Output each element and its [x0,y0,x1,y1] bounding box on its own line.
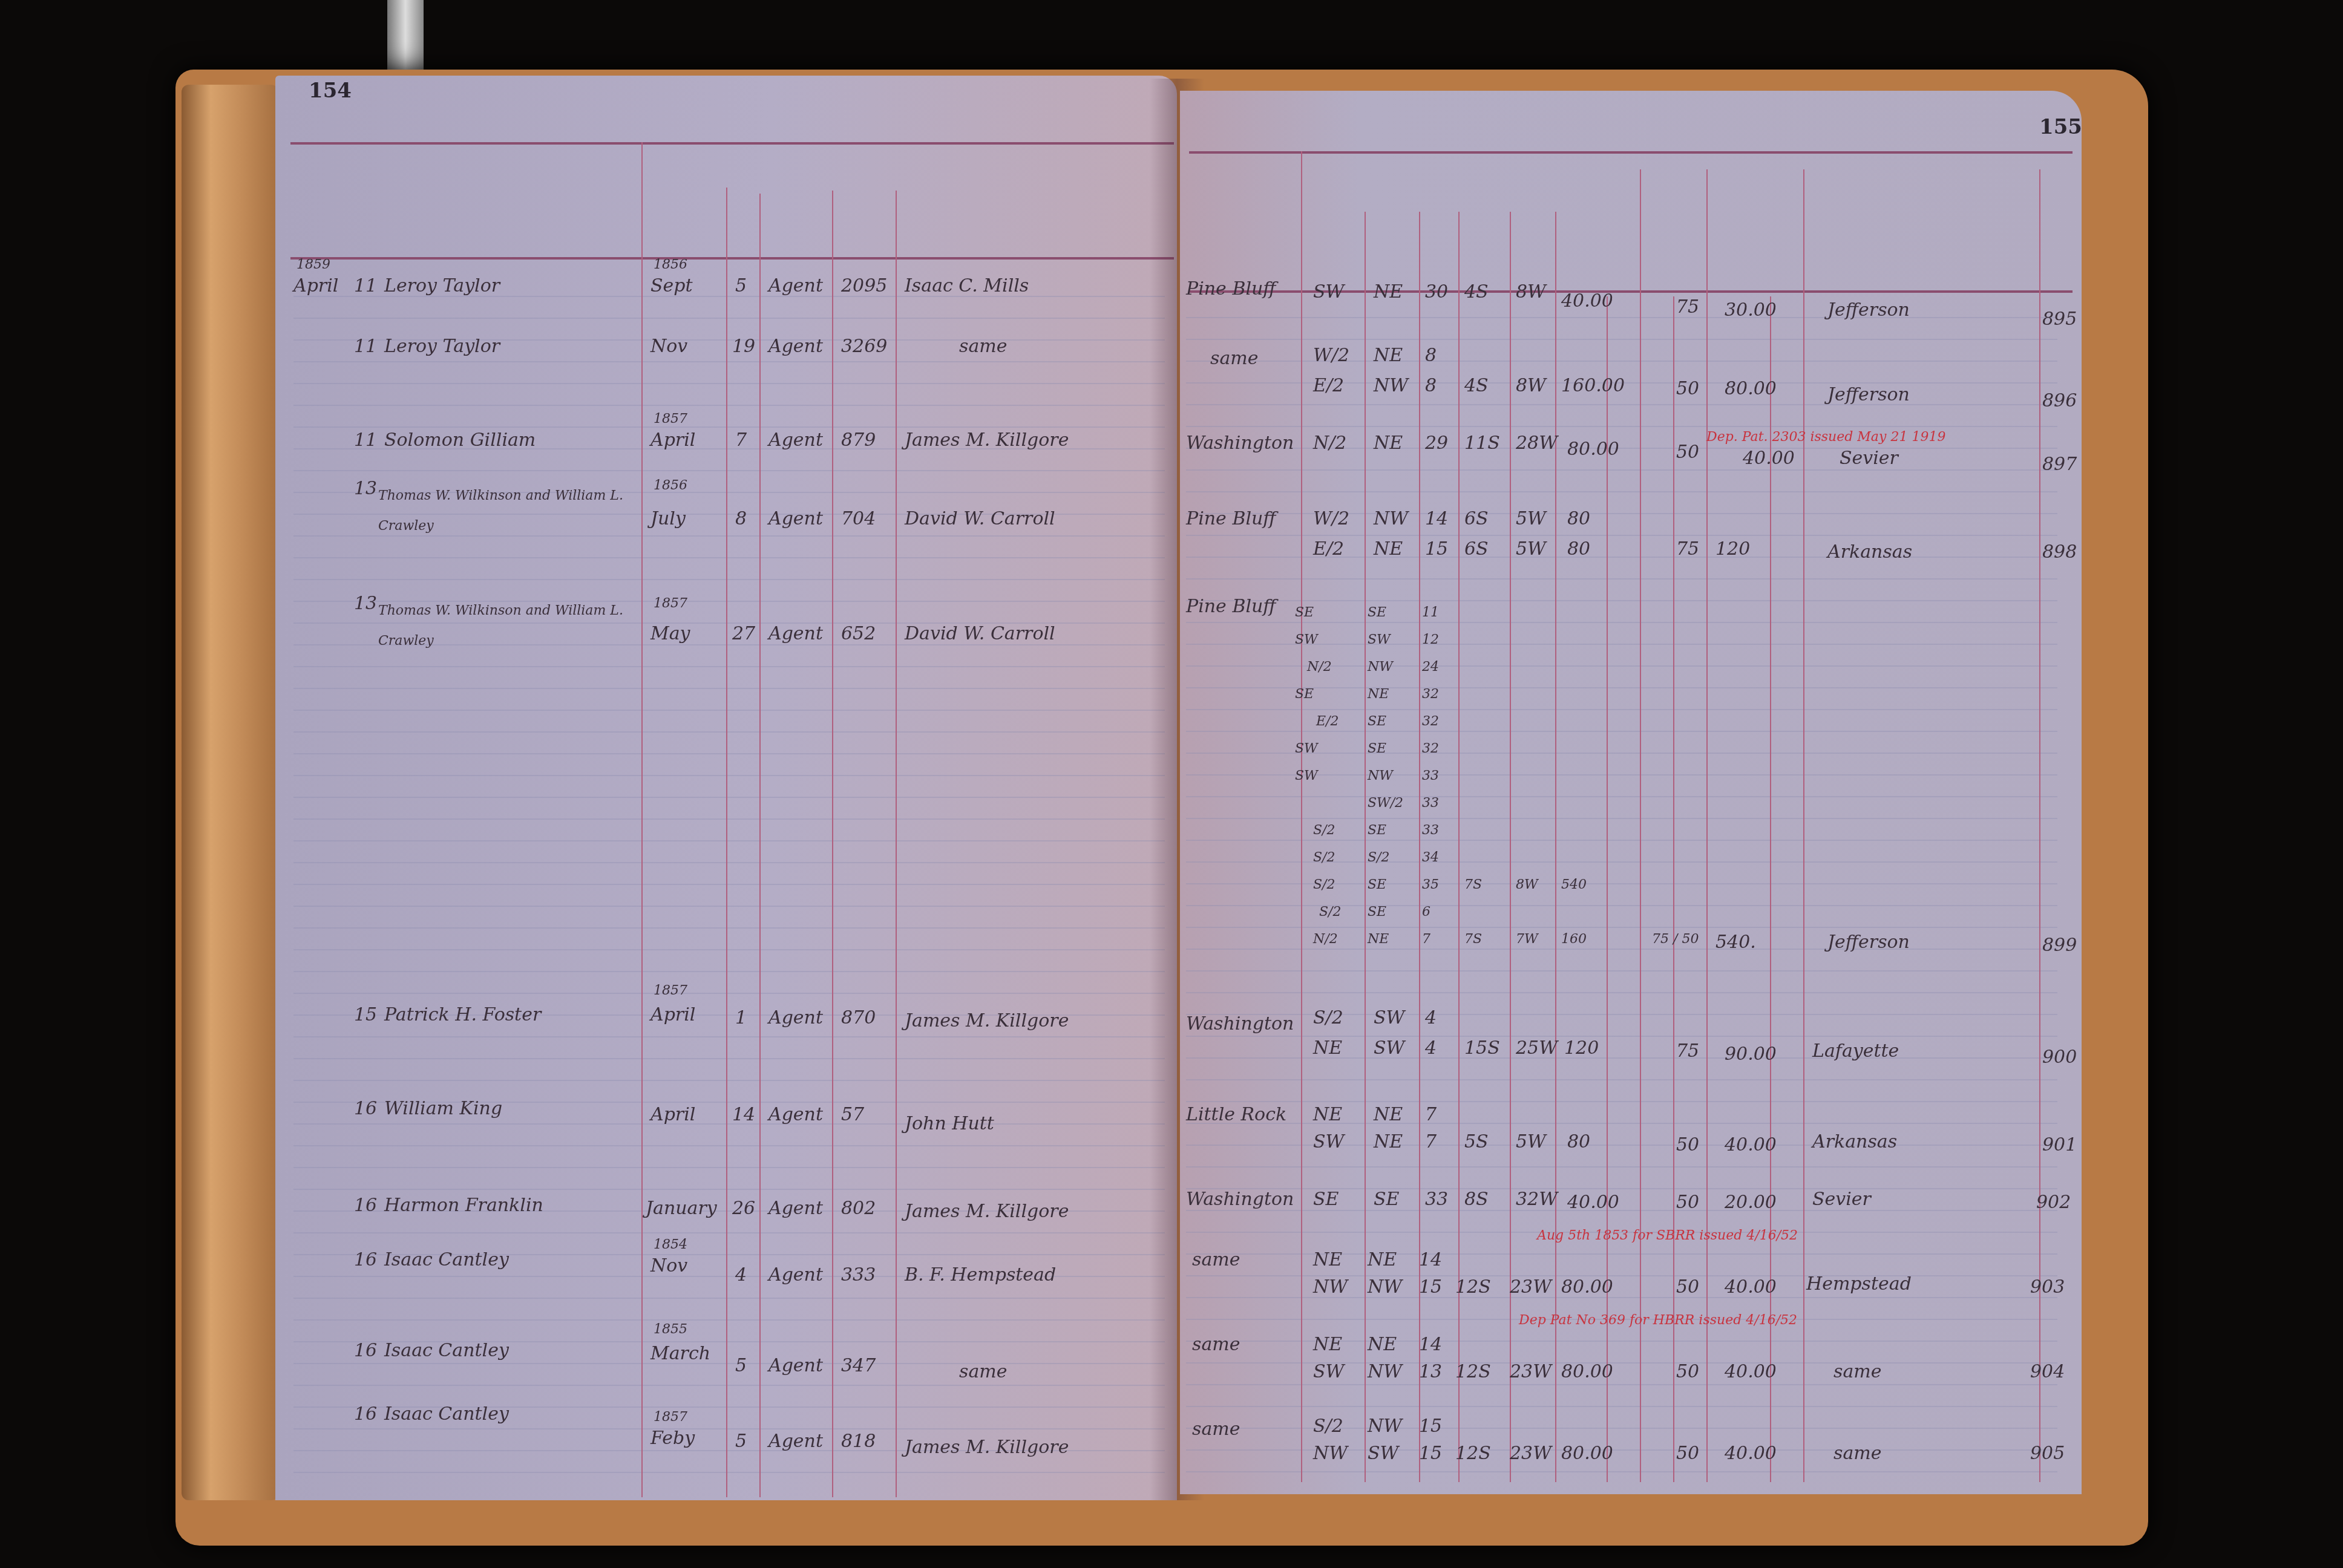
range: 8W [1516,877,1538,892]
col-divider [1301,151,1302,1482]
rate: 50 [1676,1443,1699,1464]
rate: 50 [1676,1276,1699,1298]
county: Jefferson [1827,384,1910,405]
assignor: James M. Killgore [905,430,1069,451]
cert-month: July [650,508,686,529]
range: 23W [1510,1443,1552,1464]
amount: 20.00 [1725,1192,1777,1213]
office: Agent [768,1104,823,1125]
col-divider [759,194,761,1497]
range: 23W [1510,1361,1552,1382]
assignor: James M. Killgore [905,1437,1069,1458]
entry-day: 16 [354,1249,377,1270]
section: 7 [1425,1104,1437,1125]
cert-number: 3269 [841,336,887,357]
entry-number: 904 [2030,1361,2065,1382]
county: same [1833,1361,1881,1382]
section: 24 [1422,659,1439,675]
tract-part: SW [1313,1361,1344,1382]
entry-name: Leroy Taylor [384,275,500,296]
right-page: 155 Pine Bluff SW NE 30 4S 8W 40.00 75 3… [1180,91,2082,1494]
cert-month: March [650,1343,710,1364]
cert-number: 333 [841,1264,876,1285]
section: 30 [1425,281,1448,302]
tract-part: N/2 [1313,932,1338,947]
year-note: 1859 [297,257,330,272]
tract-quarter: SE [1368,823,1386,838]
section: 34 [1422,850,1439,865]
office: Agent [768,508,823,529]
entry-day: 11 [354,336,377,357]
cert-number: 704 [841,508,876,529]
entry-day: 16 [354,1340,377,1361]
page-number-right: 155 [2039,115,2082,139]
tract-quarter: NW [1368,768,1393,783]
rate: 50 [1676,442,1699,463]
cert-month: Sept [650,275,693,296]
tract-part: E/2 [1316,714,1339,729]
section: 14 [1425,508,1448,529]
assignor: same [959,336,1007,357]
cert-year: 1854 [654,1237,687,1252]
section: 15 [1425,538,1448,560]
range: 5W [1516,1131,1546,1152]
tract-part: SW [1295,741,1318,756]
acres: 80.00 [1561,1361,1613,1382]
cert-number: 2095 [841,275,887,296]
range: 25W [1516,1037,1558,1059]
office: Agent [768,275,823,296]
land-office: same [1192,1249,1240,1270]
acres: 80.00 [1561,1443,1613,1464]
cert-month: April [650,1104,695,1125]
section: 33 [1422,823,1439,838]
office: Agent [768,1198,823,1219]
section: 35 [1422,877,1439,892]
tract-part: S/2 [1313,1007,1343,1028]
col-divider [832,191,833,1497]
section: 33 [1425,1189,1448,1210]
header-rule-top [290,142,1174,145]
rate: 50 [1676,1361,1699,1382]
tract-quarter: NE [1374,345,1403,366]
cert-month: January [646,1198,717,1219]
section: 32 [1422,687,1439,702]
tract-quarter: NE [1374,538,1403,560]
township: 6S [1464,538,1489,560]
cert-year: 1857 [654,983,687,998]
section: 15 [1419,1416,1442,1437]
section: 33 [1422,795,1439,811]
rate: 50 [1676,1134,1699,1155]
township: 12S [1455,1443,1491,1464]
tract-quarter: SW [1368,632,1391,647]
tract-quarter: NE [1368,1249,1397,1270]
entry-name: Solomon Gilliam [384,430,536,451]
col-divider [1673,296,1674,1482]
cert-day: 5 [735,1355,747,1376]
red-annotation: Aug 5th 1853 for SBRR issued 4/16/52 [1537,1228,1798,1243]
office: Agent [768,336,823,357]
tract-quarter: NE [1368,932,1389,947]
county: Sevier [1812,1189,1871,1210]
section: 15 [1419,1276,1442,1298]
acres: 80.00 [1567,439,1619,460]
acres: 160 [1561,932,1587,947]
cert-day: 7 [735,430,747,451]
tract-quarter: NW [1374,375,1408,396]
township: 12S [1455,1276,1491,1298]
acres: 80.00 [1561,1276,1613,1298]
township: 8S [1464,1189,1489,1210]
rate: 75 / 50 [1652,932,1699,947]
land-office: same [1210,348,1258,369]
acres: 80 [1567,538,1590,560]
range: 5W [1516,538,1546,560]
amount: 120 [1715,538,1750,560]
cert-year: 1857 [654,1410,687,1425]
tract-quarter: SE [1368,714,1386,729]
rate: 50 [1676,1192,1699,1213]
cert-day: 8 [735,508,747,529]
acres: 160.00 [1561,375,1625,396]
tract-part: SE [1295,605,1314,620]
cert-year: 1857 [654,596,687,611]
header-rule-bottom [290,257,1174,260]
land-office: same [1192,1334,1240,1355]
office: Agent [768,430,823,451]
tract-quarter: NE [1374,433,1403,454]
tract-part: NE [1313,1334,1342,1355]
section: 14 [1419,1249,1442,1270]
township: 5S [1464,1131,1489,1152]
rate: 75 [1676,296,1699,318]
tract-part: S/2 [1313,850,1335,865]
township: 6S [1464,508,1489,529]
ruled-lines [293,275,1165,1485]
col-divider [726,188,727,1497]
land-office: Washington [1186,1189,1294,1210]
col-divider [896,191,897,1497]
entry-number: 897 [2042,454,2077,475]
cert-number: 818 [841,1431,876,1452]
section: 8 [1425,375,1437,396]
cert-day: 4 [735,1264,747,1285]
red-annotation: Dep Pat No 369 for HBRR issued 4/16/52 [1519,1313,1797,1328]
assignor: John Hutt [905,1113,994,1134]
land-office: same [1192,1419,1240,1440]
tract-part: W/2 [1313,345,1349,366]
tract-quarter: NE [1368,687,1389,702]
entry-name: Thomas W. Wilkinson and William L. Crawl… [378,481,632,541]
acres: 40.00 [1567,1192,1619,1213]
section: 12 [1422,632,1439,647]
county: Jefferson [1827,932,1910,953]
land-office: Pine Bluff [1186,278,1276,299]
tract-part: SW [1313,1131,1344,1152]
tract-quarter: SE [1368,877,1386,892]
amount: 540. [1715,932,1756,953]
tract-quarter: SW/2 [1368,795,1403,811]
entry-name: Isaac Cantley [384,1249,509,1270]
amount: 40.00 [1743,448,1795,469]
cert-day: 27 [732,623,755,644]
col-divider [641,142,643,1497]
amount: 40.00 [1725,1443,1777,1464]
cert-day: 14 [732,1104,755,1125]
col-divider [1706,169,1708,1482]
section: 11 [1422,605,1439,620]
cert-month: Nov [650,1255,687,1276]
tract-part: SE [1313,1189,1339,1210]
tract-quarter: NE [1374,281,1403,302]
cert-number: 870 [841,1007,876,1028]
cert-day: 5 [735,1431,747,1452]
county: Hempstead [1806,1273,1912,1295]
cert-year: 1855 [654,1322,687,1337]
section: 6 [1422,904,1430,920]
tract-part: NE [1313,1104,1342,1125]
section: 13 [1419,1361,1442,1382]
tract-quarter: SW [1374,1037,1404,1059]
cert-month: April [650,430,695,451]
tract-quarter: S/2 [1368,850,1389,865]
entry-number: 901 [2042,1134,2077,1155]
cert-day: 1 [735,1007,747,1028]
entry-number: 905 [2030,1443,2065,1464]
land-office: Little Rock [1186,1104,1286,1125]
range: 8W [1516,281,1546,302]
tract-part: S/2 [1313,877,1335,892]
tract-quarter: NE [1374,1104,1403,1125]
county: Arkansas [1827,541,1912,563]
entry-number: 900 [2042,1047,2077,1068]
range: 32W [1516,1189,1558,1210]
header-rule-top [1189,151,2073,154]
entry-number: 903 [2030,1276,2065,1298]
rate: 75 [1676,1040,1699,1062]
tract-part: NW [1313,1443,1348,1464]
entry-name: Isaac Cantley [384,1403,509,1425]
acres: 120 [1564,1037,1599,1059]
tract-part: NW [1313,1276,1348,1298]
cert-month: Feby [650,1428,695,1449]
tract-quarter: NW [1368,659,1393,675]
tract-part: N/2 [1313,433,1346,454]
tract-part: SE [1295,687,1314,702]
tract-quarter: SE [1368,741,1386,756]
assignor: James M. Killgore [905,1201,1069,1222]
cert-year: 1856 [654,257,687,272]
entry-day: 11 [354,275,377,296]
entry-day: 13 [354,478,377,499]
entry-day: 11 [354,430,377,451]
township: 11S [1464,433,1500,454]
land-office: Washington [1186,433,1294,454]
amount: 30.00 [1725,299,1777,321]
entry-day: 15 [354,1004,377,1025]
tract-part: SW [1295,632,1318,647]
red-annotation: Dep. Pat. 2303 issued May 21 1919 [1706,430,1945,445]
tract-part: S/2 [1319,904,1341,920]
col-divider [1640,169,1641,1482]
section: 32 [1422,741,1439,756]
col-divider [1770,296,1771,1482]
township: 15S [1464,1037,1500,1059]
tract-part: NE [1313,1249,1342,1270]
county: Lafayette [1812,1040,1899,1062]
entry-name: Thomas W. Wilkinson and William L. Crawl… [378,596,632,656]
section: 4 [1425,1037,1437,1059]
cert-month: Nov [650,336,687,357]
tract-quarter: NE [1368,1334,1397,1355]
amount: 40.00 [1725,1276,1777,1298]
page-edges [182,85,278,1500]
office: Agent [768,1355,823,1376]
col-divider [1365,212,1366,1482]
tract-part: SW [1295,768,1318,783]
township: 4S [1464,281,1489,302]
amount: 90.00 [1725,1044,1777,1065]
acres: 540 [1561,877,1587,892]
page-number-left: 154 [309,79,352,103]
township: 12S [1455,1361,1491,1382]
cert-number: 57 [841,1104,864,1125]
acres: 80 [1567,1131,1590,1152]
entry-day: 13 [354,593,377,614]
cert-month: May [650,623,690,644]
tract-quarter: NE [1374,1131,1403,1152]
assignor: Isaac C. Mills [905,275,1029,296]
entry-day: 16 [354,1098,377,1119]
county: same [1833,1443,1881,1464]
tract-part: S/2 [1313,823,1335,838]
range: 5W [1516,508,1546,529]
cert-year: 1857 [654,411,687,426]
col-divider [1607,296,1608,1482]
range: 7W [1516,932,1538,947]
township: 7S [1464,932,1482,947]
left-page: 154 1859 April 11 Leroy Taylor 1856 Sept… [275,76,1177,1500]
land-office: Washington [1186,1013,1294,1034]
tract-quarter: SW [1374,1007,1404,1028]
section: 15 [1419,1443,1442,1464]
tract-quarter: SE [1368,904,1386,920]
county: Arkansas [1812,1131,1897,1152]
tract-quarter: NW [1368,1276,1402,1298]
cert-month: April [650,1004,695,1025]
assignor: B. F. Hempstead [905,1264,1056,1285]
cert-number: 347 [841,1355,876,1376]
section: 29 [1425,433,1448,454]
cert-number: 652 [841,623,876,644]
cert-day: 5 [735,275,747,296]
entry-number: 898 [2042,541,2077,563]
tract-part: W/2 [1313,508,1349,529]
amount: 40.00 [1725,1134,1777,1155]
acres: 40.00 [1561,290,1613,312]
cert-year: 1856 [654,478,687,493]
entry-number: 902 [2036,1192,2071,1213]
tract-quarter: SE [1368,605,1386,620]
entry-day: 16 [354,1195,377,1216]
office: Agent [768,1007,823,1028]
rate: 75 [1676,538,1699,560]
section: 7 [1422,932,1430,947]
office: Agent [768,1431,823,1452]
entry-number: 895 [2042,309,2077,330]
acres: 80 [1567,508,1590,529]
tract-quarter: SE [1374,1189,1399,1210]
entry-name: William King [384,1098,502,1119]
section: 4 [1425,1007,1437,1028]
tract-quarter: NW [1368,1416,1402,1437]
section: 32 [1422,714,1439,729]
office: Agent [768,623,823,644]
range: 23W [1510,1276,1552,1298]
tract-part: E/2 [1313,538,1344,560]
office: Agent [768,1264,823,1285]
assignor: David W. Carroll [905,508,1055,529]
township: 7S [1464,877,1482,892]
amount: 40.00 [1725,1361,1777,1382]
cert-day: 26 [732,1198,755,1219]
entry-number: 899 [2042,935,2077,956]
township: 4S [1464,375,1489,396]
section: 33 [1422,768,1439,783]
col-divider [1555,212,1556,1482]
county: Jefferson [1827,299,1910,321]
tract-part: S/2 [1313,1416,1343,1437]
section: 7 [1425,1131,1437,1152]
rate: 50 [1676,378,1699,399]
entry-name: Isaac Cantley [384,1340,509,1361]
col-divider [1803,169,1804,1482]
county: Sevier [1840,448,1898,469]
entry-day: 16 [354,1403,377,1425]
assignor: same [959,1361,1007,1382]
land-office: Pine Bluff [1186,508,1276,529]
tract-quarter: NW [1374,508,1408,529]
entry-month: April [293,275,338,296]
entry-name: Harmon Franklin [384,1195,543,1216]
section: 14 [1419,1334,1442,1355]
range: 28W [1516,433,1558,454]
cert-day: 19 [732,336,755,357]
assignor: David W. Carroll [905,623,1055,644]
tract-quarter: SW [1368,1443,1398,1464]
entry-name: Leroy Taylor [384,336,500,357]
range: 8W [1516,375,1546,396]
tract-quarter: NW [1368,1361,1402,1382]
tract-part: E/2 [1313,375,1344,396]
cert-number: 802 [841,1198,876,1219]
cert-number: 879 [841,430,876,451]
section: 8 [1425,345,1437,366]
land-office: Pine Bluff [1186,596,1276,617]
tract-part: SW [1313,281,1344,302]
entry-number: 896 [2042,390,2077,411]
tract-part: NE [1313,1037,1342,1059]
tract-part: N/2 [1307,659,1332,675]
amount: 80.00 [1725,378,1777,399]
assignor: James M. Killgore [905,1010,1069,1031]
entry-name: Patrick H. Foster [384,1004,541,1025]
